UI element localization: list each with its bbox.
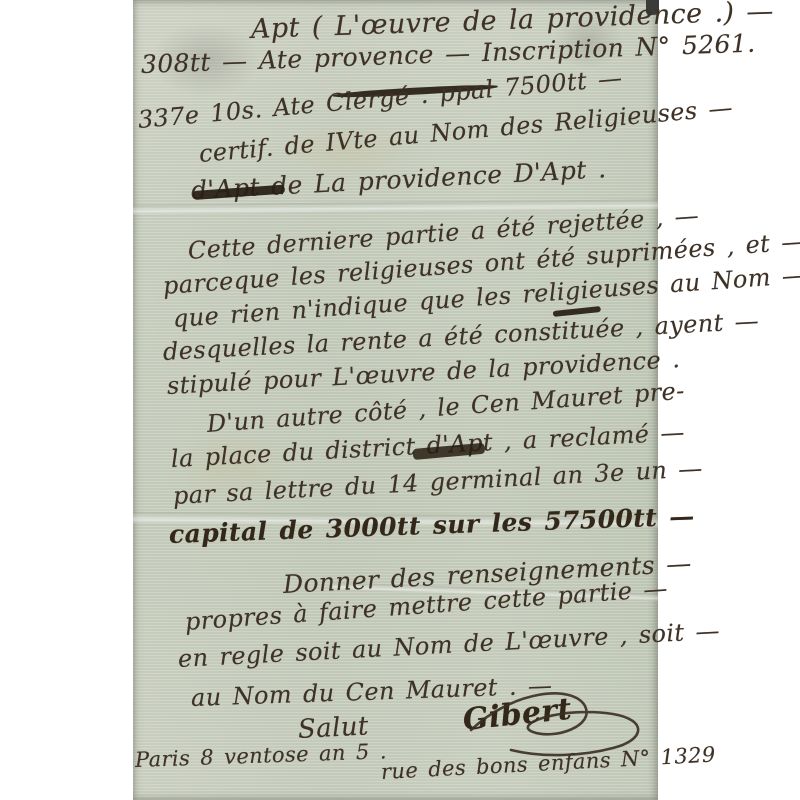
manuscript-letter-scan: Apt ( L'œuvre de la providence .) — 308t… — [133, 0, 658, 800]
body-line: capital de 3000tt sur les 57500tt — — [168, 502, 695, 549]
dateline: Paris 8 ventose an 5 . — [135, 739, 388, 772]
